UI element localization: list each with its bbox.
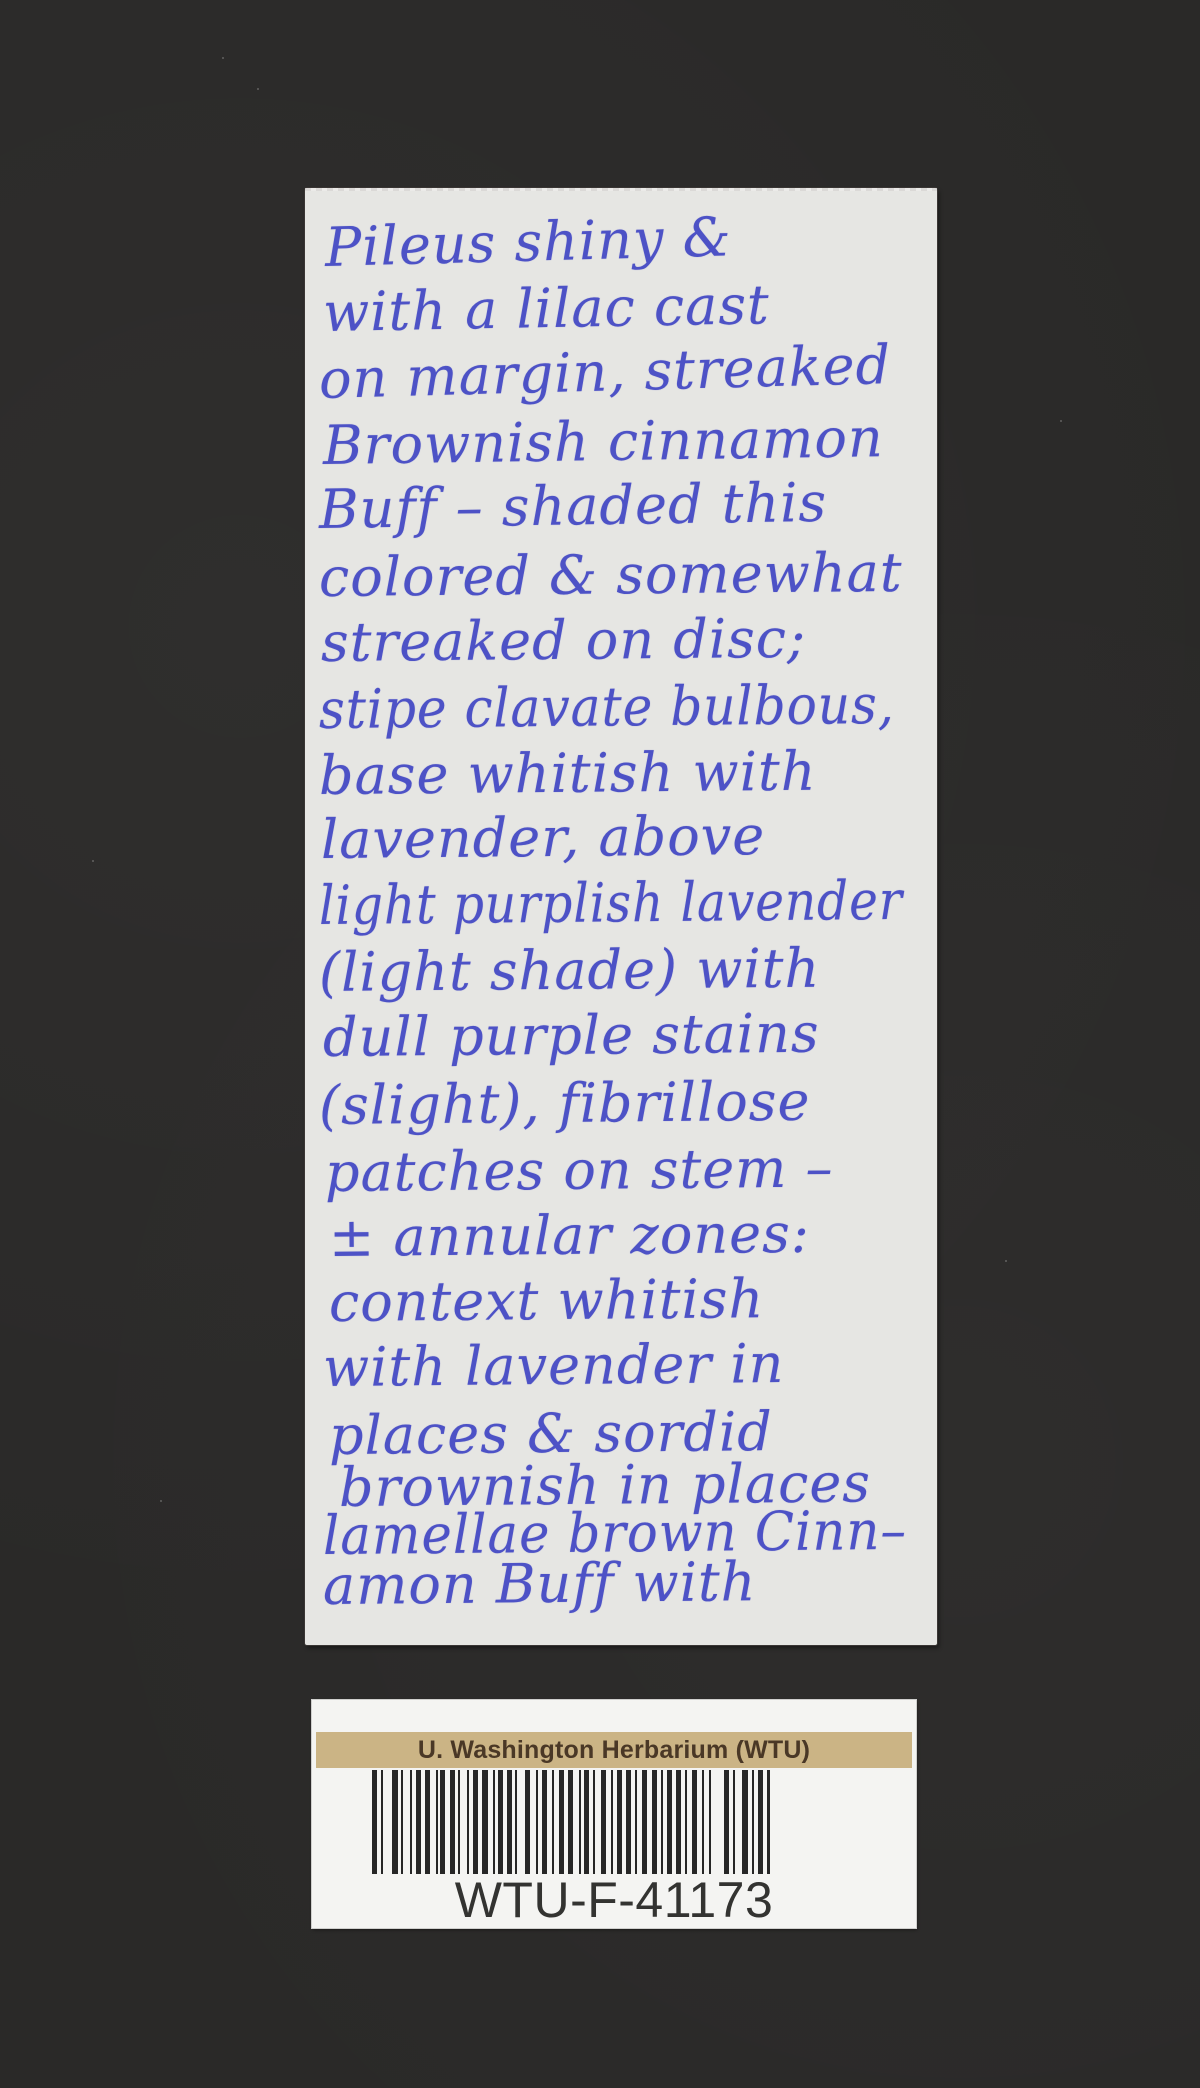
background-speck: [1005, 1260, 1007, 1262]
note-line: (slight), fibrillose: [319, 1072, 811, 1136]
background-speck: [222, 57, 224, 59]
note-line: streaked on disc;: [321, 609, 807, 673]
note-line: dull purple stains: [323, 1004, 820, 1068]
note-line: Buff – shaded this: [319, 473, 828, 540]
note-line: with lavender in: [323, 1334, 785, 1398]
note-line: on margin, streaked: [318, 335, 892, 410]
institution-band: U. Washington Herbarium (WTU): [316, 1732, 912, 1768]
note-line: ± annular zones:: [329, 1204, 811, 1268]
note-line: colored & somewhat: [319, 543, 903, 608]
note-line: lavender, above: [321, 806, 766, 870]
background-speck: [160, 1500, 162, 1502]
background-speck: [1060, 420, 1062, 422]
note-line: context whitish: [329, 1269, 765, 1333]
note-line: light purplish lavender: [319, 871, 903, 936]
note-line: patches on stem –: [325, 1139, 834, 1203]
note-line: base whitish with: [319, 742, 817, 806]
herbarium-barcode-label: U. Washington Herbarium (WTU): [312, 1700, 916, 1928]
background-speck: [92, 860, 94, 862]
background-speck: [257, 88, 259, 90]
barcode-icon: [372, 1770, 772, 1874]
institution-name: U. Washington Herbarium (WTU): [418, 1736, 810, 1765]
note-line: amon Buff with: [323, 1552, 757, 1616]
note-line: stipe clavate bulbous,: [319, 675, 895, 740]
note-line: Brownish cinnamon: [323, 408, 884, 476]
handwritten-note-card: Pileus shiny & with a lilac cast on marg…: [305, 188, 937, 1645]
catalog-number: WTU-F-41173: [312, 1872, 916, 1928]
note-line: Pileus shiny &: [324, 207, 732, 278]
note-line: (light shade) with: [319, 939, 821, 1003]
note-line: with a lilac cast: [322, 275, 770, 343]
